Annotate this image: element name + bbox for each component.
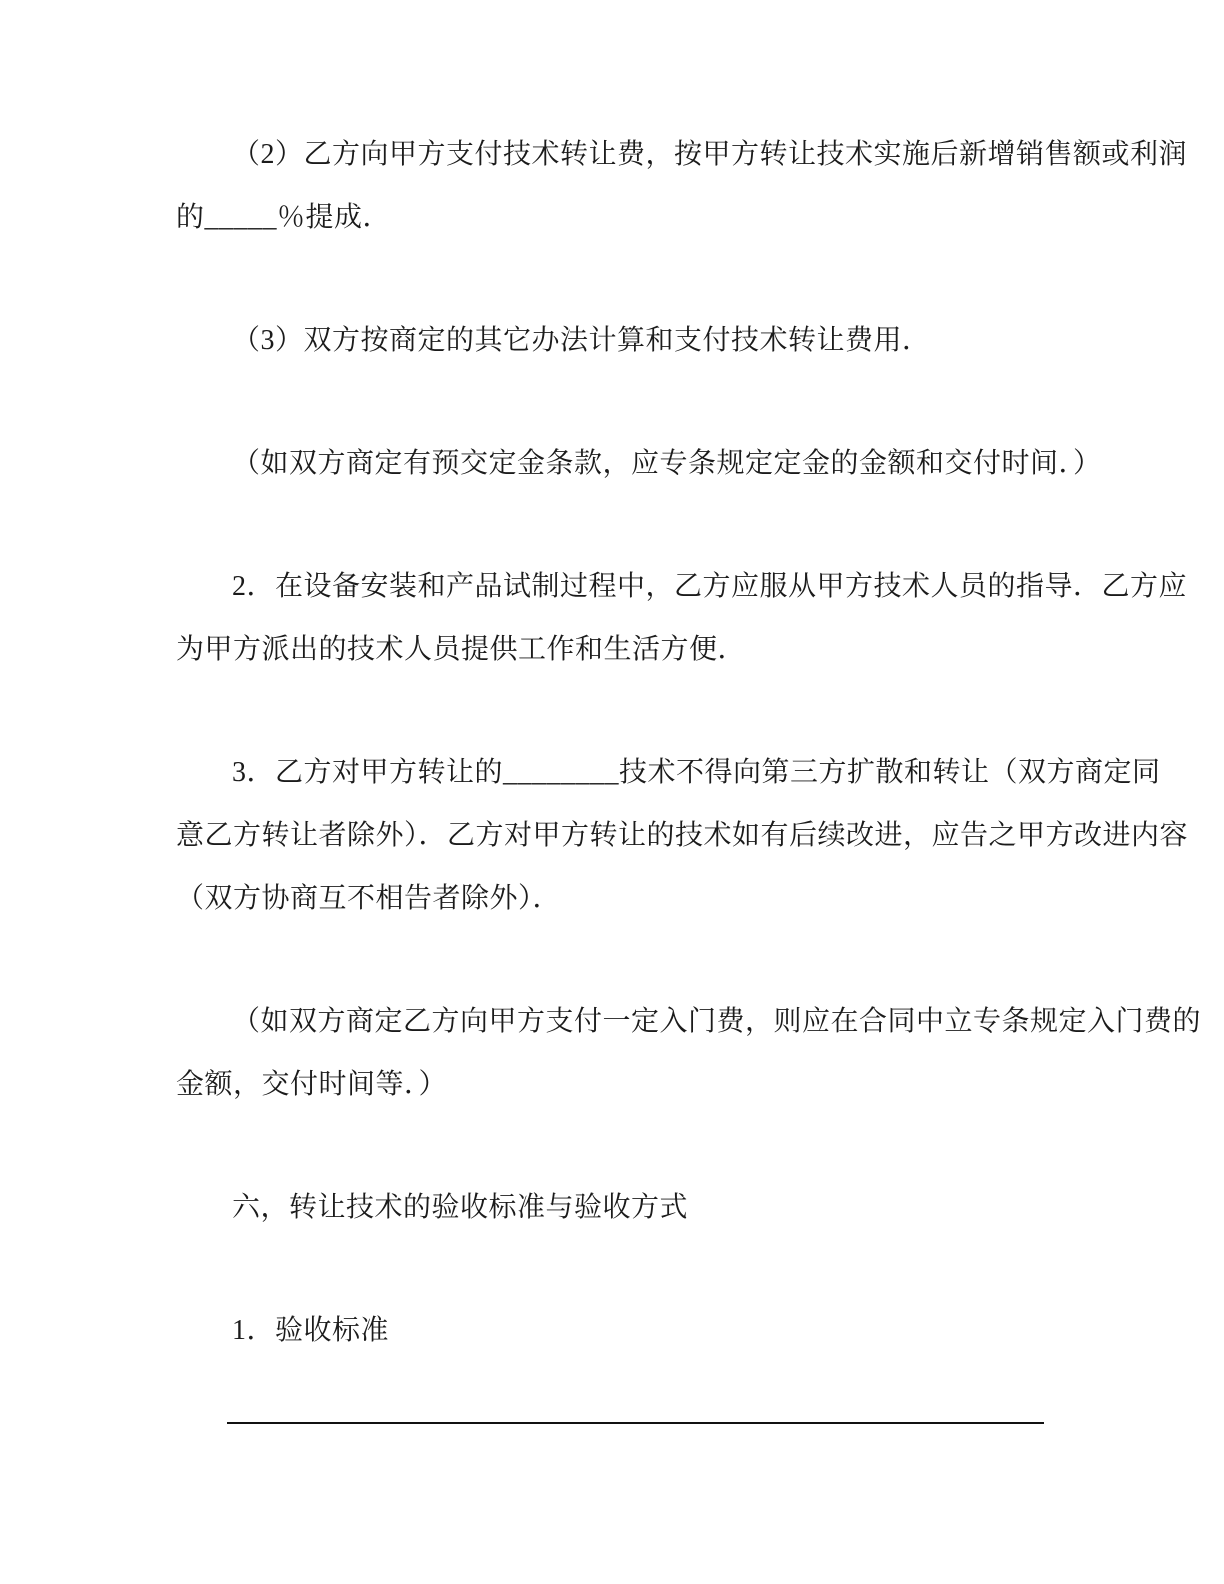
text-line: 金额，交付时间等．） [176,1053,1066,1116]
text-line: （2）乙方向甲方支付技术转让费，按甲方转让技术实施后新增销售额或利润 [176,123,1066,186]
clause-fee-royalty: （2）乙方向甲方支付技术转让费，按甲方转让技术实施后新增销售额或利润 的____… [176,123,1066,249]
text-line: 2．在设备安装和产品试制过程中，乙方应服从甲方技术人员的指导．乙方应 [176,555,1066,618]
text-line: 的_____％提成． [176,186,1066,249]
section-6-heading: 六，转让技术的验收标准与验收方式 [176,1176,1066,1239]
clause-2-installation-guidance: 2．在设备安装和产品试制过程中，乙方应服从甲方技术人员的指导．乙方应 为甲方派出… [176,555,1066,681]
note-entry-fee-terms: （如双方商定乙方向甲方支付一定入门费，则应在合同中立专条规定入门费的 金额，交付… [176,990,1066,1116]
text-line: 1．验收标准 [176,1299,1066,1362]
document-page: （2）乙方向甲方支付技术转让费，按甲方转让技术实施后新增销售额或利润 的____… [0,0,1224,1584]
document-content: （2）乙方向甲方支付技术转让费，按甲方转让技术实施后新增销售额或利润 的____… [0,0,1224,1424]
clause-fee-other-method: （3）双方按商定的其它办法计算和支付技术转让费用． [176,309,1066,372]
text-line: （如双方商定乙方向甲方支付一定入门费，则应在合同中立专条规定入门费的 [176,990,1066,1053]
note-deposit-terms: （如双方商定有预交定金条款，应专条规定定金的金额和交付时间．） [176,432,1066,495]
text-line: 3．乙方对甲方转让的________技术不得向第三方扩散和转让（双方商定同 [176,741,1066,804]
text-line: （3）双方按商定的其它办法计算和支付技术转让费用． [176,309,1066,372]
text-line: 为甲方派出的技术人员提供工作和生活方便． [176,618,1066,681]
section-heading-text: 六，转让技术的验收标准与验收方式 [176,1176,1066,1239]
item-1-acceptance-standard: 1．验收标准 [176,1299,1066,1362]
text-line: （双方协商互不相告者除外）． [176,867,1066,930]
clause-3-nondisclosure: 3．乙方对甲方转让的________技术不得向第三方扩散和转让（双方商定同 意乙… [176,741,1066,930]
text-line: （如双方商定有预交定金条款，应专条规定定金的金额和交付时间．） [176,432,1066,495]
acceptance-standard-blank-line [227,1422,1044,1424]
text-line: 意乙方转让者除外）．乙方对甲方转让的技术如有后续改进，应告之甲方改进内容 [176,804,1066,867]
